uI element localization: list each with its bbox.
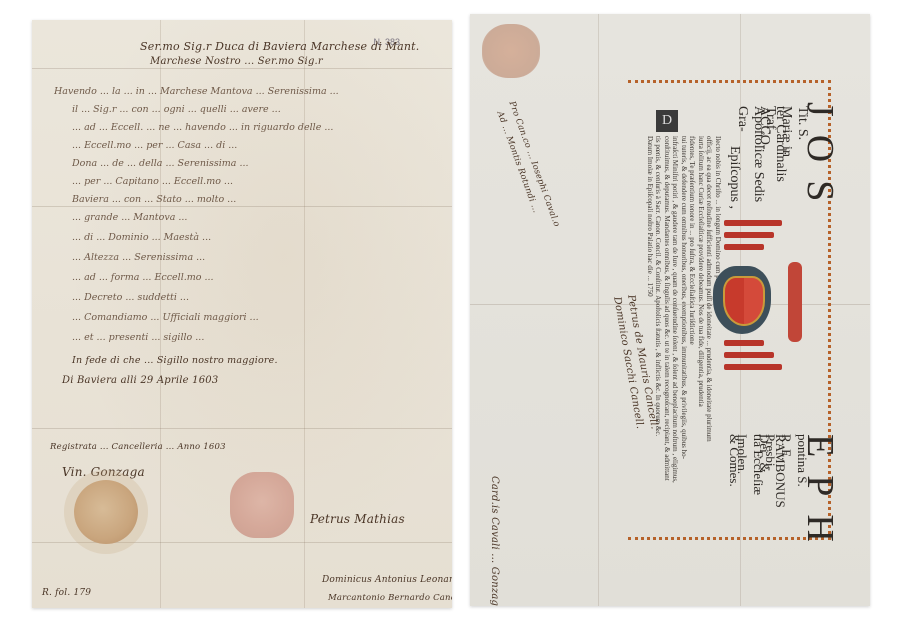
manuscript-line: ... et ... presenti ... sigillo ... <box>72 332 442 346</box>
signature: Marcantonio Bernardo Cancell.r <box>328 593 452 603</box>
closing-line: In fede di che ... Sigillo nostro maggio… <box>72 355 278 366</box>
body-line: tis pœnis, & cenſuris à Sacr. Canon. Con… <box>654 136 663 546</box>
gold-wax-seal <box>74 480 138 544</box>
tassel-icon <box>724 352 774 358</box>
patent-body-text: Ilecto nobis in Chriſto ... in longum Do… <box>646 136 723 546</box>
heading-line-2: Marchese Nostro ... Ser.mo Sig.r <box>150 56 323 67</box>
tassel-icon <box>724 220 782 226</box>
fold-line <box>598 14 599 606</box>
manuscript-line: Havendo ... la ... in ... Marchese Manto… <box>54 86 442 100</box>
body-line: Ilecto nobis in Chriſto ... in longum Do… <box>714 136 723 546</box>
body-line: fidentes, Te præſentium tenore in ... pr… <box>688 136 697 546</box>
body-line: infraſcti Miniſtri potiri , & gaudere ta… <box>671 136 680 546</box>
signature: Vin. Gonzaga <box>62 465 145 479</box>
registration-note: Registrata ... Cancelleria ... Anno 1603 <box>50 442 226 452</box>
small-wax-seal <box>482 24 540 78</box>
margin-note: Card.is Cavali ... Gonzaga <box>489 476 500 606</box>
manuscript-line: ... Comandiamo ... Ufficiali maggiori ..… <box>72 312 442 326</box>
manuscript-line: ... di ... Dominio ... Maestà ... <box>72 232 442 246</box>
body-line: tui tuteris, & defendere cum omnibus hon… <box>680 136 689 546</box>
right-printed-patent: JOS EPH Tit. S. Mariæ in Traf- ter Cardi… <box>470 14 870 606</box>
date-line: Di Baviera alli 29 Aprile 1603 <box>62 375 218 386</box>
cardinal-hat <box>788 262 802 342</box>
signature: Petrus Mathias <box>310 512 405 526</box>
drop-cap: D <box>656 110 678 132</box>
signature: Dominicus Antonius Leonardelli <box>322 575 452 585</box>
manuscript-line: Baviera ... con ... Stato ... molto ... <box>72 194 442 208</box>
tassel-icon <box>724 364 782 370</box>
body-line: Datum Imolæ in Epiſcopali noſtro Palatio… <box>646 136 655 546</box>
manuscript-line: ... per ... Capitano ... Eccell.mo ... <box>72 176 442 190</box>
left-manuscript: N. 383 Ser.mo Sig.r Duca di Baviera Marc… <box>32 20 452 608</box>
tassel-icon <box>724 340 764 346</box>
body-line: officij, ac ea qua decet reſitudine ſuff… <box>705 136 714 546</box>
tassel-icon <box>724 244 764 250</box>
heraldic-shield-icon <box>723 276 765 326</box>
folio-note: R. fol. 179 <box>42 588 91 598</box>
manuscript-line: ... Decreto ... suddetti ... <box>72 292 442 306</box>
manuscript-line: Dona ... de ... della ... Serenissima ..… <box>72 158 442 172</box>
manuscript-line: il ... Sig.r ... con ... ogni ... quelli… <box>72 104 442 118</box>
title-line: & Comes. <box>726 434 742 487</box>
body-line: iurta ſolitum hanc Curiæ Eccleſiaſticæ p… <box>697 136 706 546</box>
red-wax-seal <box>230 472 294 538</box>
title-line: Epiſcopus , <box>726 146 742 209</box>
manuscript-line: ... Altezza ... Serenissima ... <box>72 252 442 266</box>
fold-line <box>32 428 452 429</box>
tassel-icon <box>724 232 774 238</box>
manuscript-line: ... ad ... Eccell. ... ne ... havendo ..… <box>72 122 442 136</box>
manuscript-line: ... Eccell.mo ... per ... Casa ... di ..… <box>72 140 442 154</box>
fold-line <box>32 68 452 69</box>
body-line: conſtituimus, & deputamus. Mandantes omn… <box>663 136 672 546</box>
manuscript-line: ... ad ... forma ... Eccell.mo ... <box>72 272 442 286</box>
heading-line-1: Ser.mo Sig.r Duca di Baviera Marchese di… <box>140 40 419 53</box>
manuscript-line: ... grande ... Mantova ... <box>72 212 442 226</box>
